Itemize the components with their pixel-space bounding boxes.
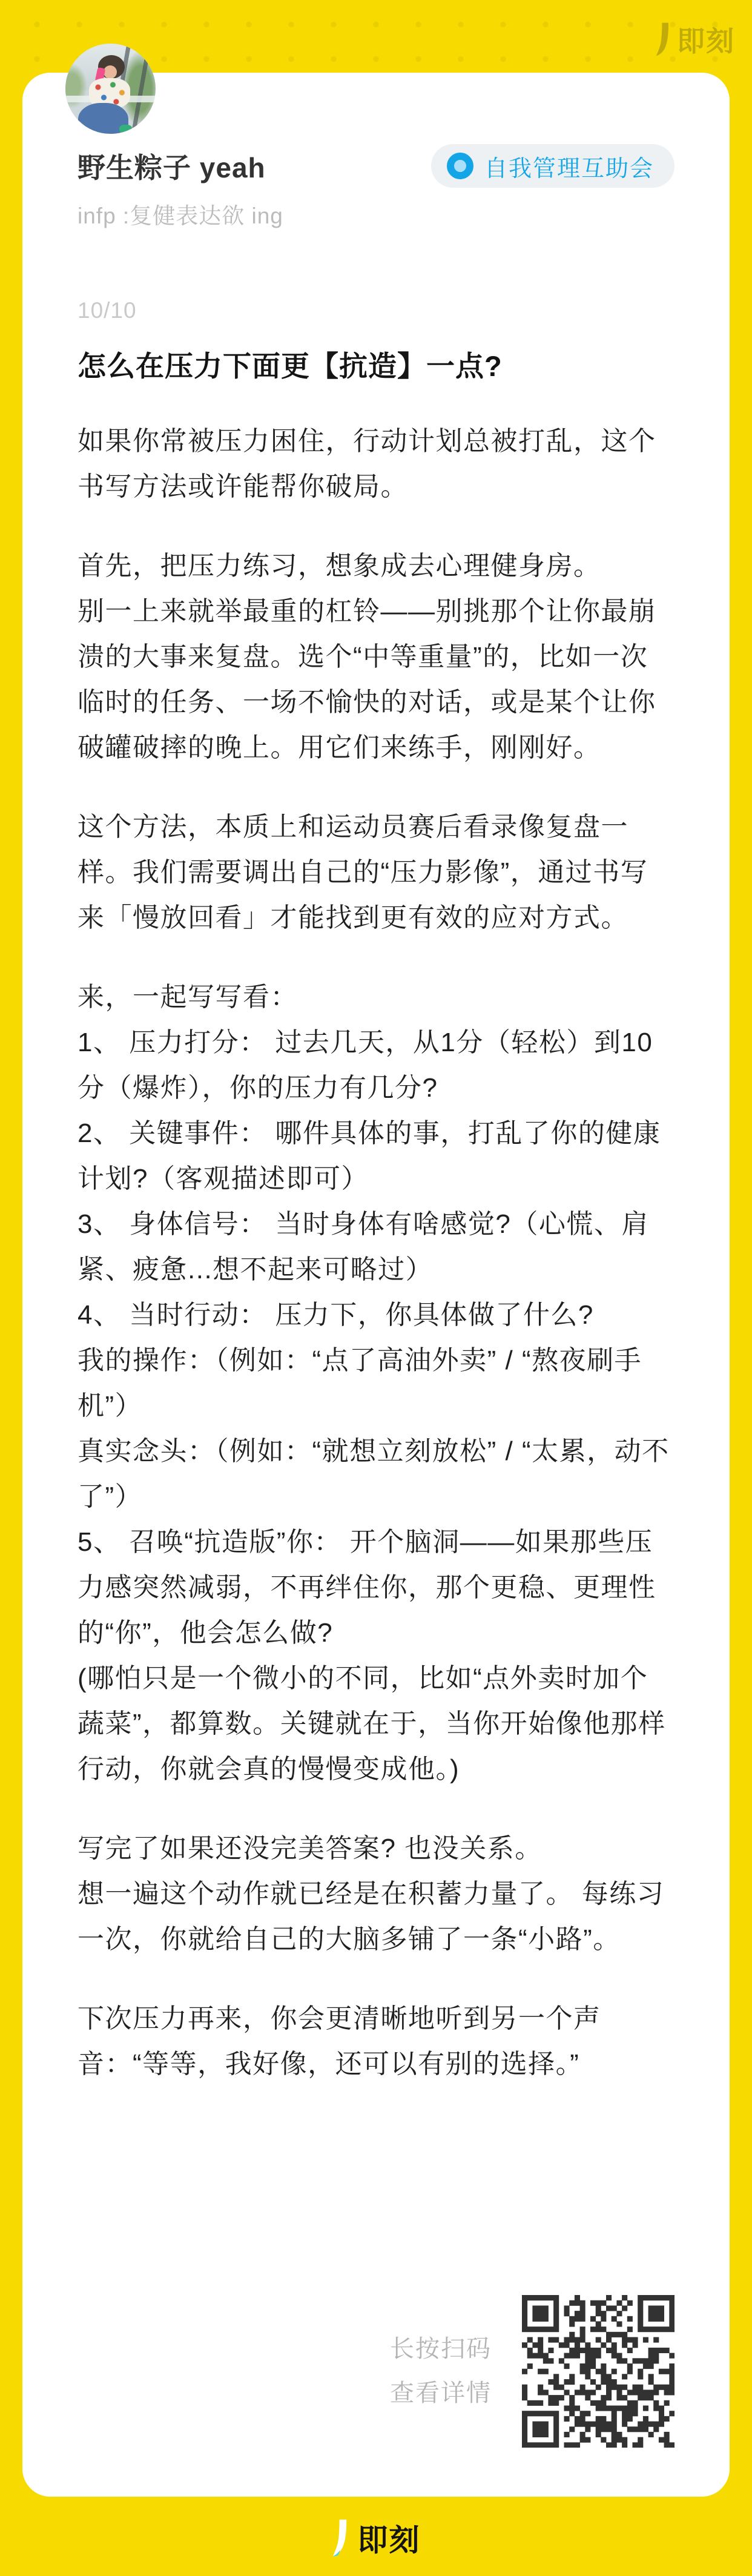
topic-badge-label: 自我管理互助会 bbox=[484, 150, 654, 183]
post-title: 怎么在压力下面更【抗造】一点? bbox=[78, 344, 674, 385]
profile-row: 野生粽子 yeah 自我管理互助会 bbox=[78, 144, 674, 188]
avatar-photo-face bbox=[104, 65, 117, 79]
topic-badge[interactable]: 自我管理互助会 bbox=[431, 144, 674, 188]
qr-section: 长按扫码 查看详情 bbox=[390, 2295, 674, 2448]
footer-logo-text: 即刻 bbox=[358, 2516, 421, 2560]
page-indicator: 10/10 bbox=[78, 298, 674, 323]
footer-logo: 即刻 bbox=[0, 2518, 752, 2558]
qr-caption-line2: 查看详情 bbox=[390, 2371, 492, 2416]
post-paragraph-6: 下次压力再来，你会更清晰地听到另一个声音：“等等，我好像，还可以有别的选择。” bbox=[78, 1996, 674, 2087]
qr-code[interactable] bbox=[522, 2295, 674, 2448]
qr-caption-line1: 长按扫码 bbox=[390, 2327, 492, 2371]
post-paragraph-2: 首先，把压力练习，想象成去心理健身房。 别一上来就举最重的杠铃——别挑那个让你最… bbox=[78, 543, 674, 770]
avatar-photo-shoe bbox=[119, 125, 132, 133]
avatar[interactable] bbox=[65, 44, 156, 134]
post-paragraph-4: 来，一起写写看： 1、 压力打分： 过去几天，从1分（轻松）到10分（爆炸），你… bbox=[78, 974, 674, 1792]
qr-caption: 长按扫码 查看详情 bbox=[390, 2327, 492, 2416]
username[interactable]: 野生粽子 yeah bbox=[78, 146, 266, 186]
page-background: { "header": { "watermark_text": "即刻" }, … bbox=[0, 0, 752, 2576]
topic-badge-icon bbox=[447, 153, 473, 179]
jike-j-icon bbox=[332, 2519, 352, 2557]
watermark-logo-text: 即刻 bbox=[677, 19, 735, 59]
user-bio: infp :复健表达欲 ing bbox=[78, 197, 674, 230]
post-paragraph-1: 如果你常被压力困住，行动计划总被打乱，这个书写方法或许能帮你破局。 bbox=[78, 418, 674, 509]
jike-j-icon bbox=[655, 22, 673, 56]
watermark-logo: 即刻 bbox=[655, 19, 735, 59]
post-paragraph-3: 这个方法，本质上和运动员赛后看录像复盘一样。我们需要调出自己的“压力影像”，通过… bbox=[78, 804, 674, 940]
post-paragraph-5: 写完了如果还没完美答案? 也没关系。 想一遍这个动作就已经是在积蓄力量了。 每练… bbox=[78, 1826, 674, 1962]
post-card: 野生粽子 yeah 自我管理互助会 infp :复健表达欲 ing 10/10 … bbox=[22, 73, 730, 2497]
